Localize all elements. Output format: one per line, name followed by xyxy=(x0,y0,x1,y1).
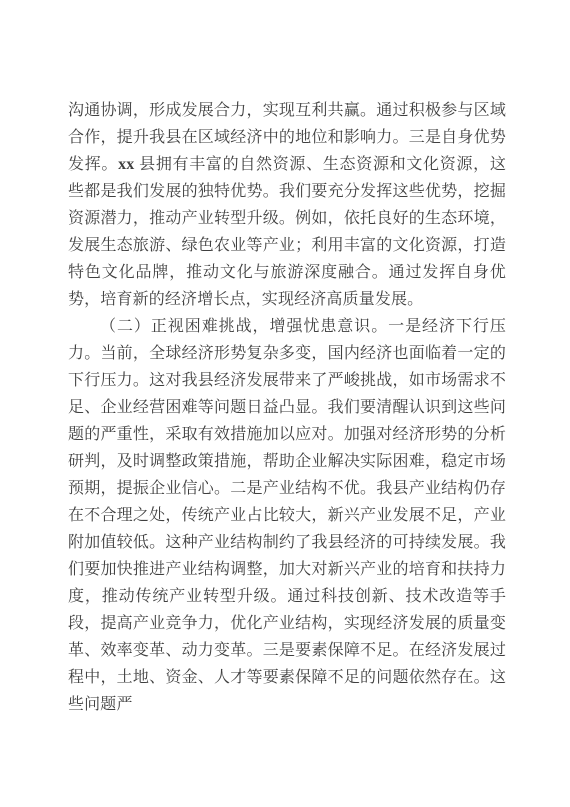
text-run: （二）正视困难挑战，增强忧患意识。一是经济下行压力。当前，全球经济形势复杂多变，… xyxy=(68,318,506,713)
paragraph-continuation: 沟通协调，形成发展合力，实现互利共赢。通过积极参与区域合作，提升我县在区域经济中… xyxy=(68,97,506,313)
document-body: 沟通协调，形成发展合力，实现互利共赢。通过积极参与区域合作，提升我县在区域经济中… xyxy=(68,97,506,718)
placeholder-xx: xx xyxy=(118,156,134,173)
text-run: 县拥有丰富的自然资源、生态资源和文化资源，这些都是我们发展的独特优势。我们要充分… xyxy=(68,156,506,308)
document-page: 沟通协调，形成发展合力，实现互利共赢。通过积极参与区域合作，提升我县在区域经济中… xyxy=(0,0,570,807)
paragraph-section-two: （二）正视困难挑战，增强忧患意识。一是经济下行压力。当前，全球经济形势复杂多变，… xyxy=(68,313,506,718)
